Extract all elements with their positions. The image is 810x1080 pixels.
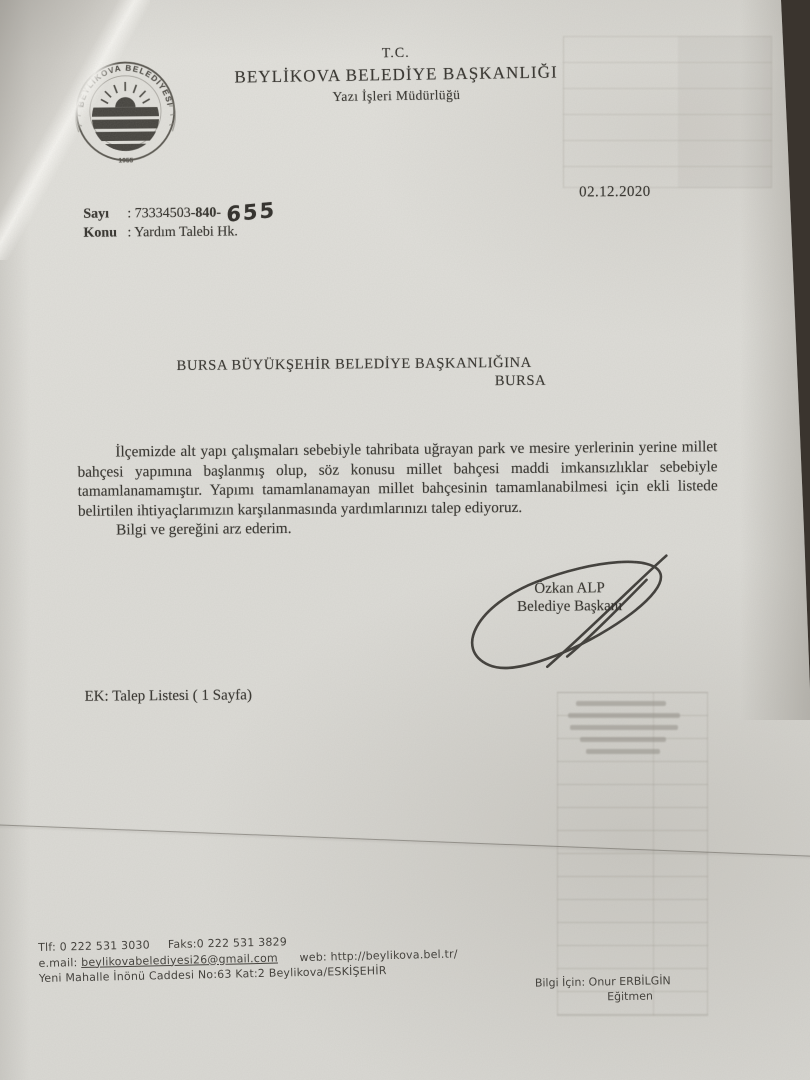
letterhead-tc: T.C. [201, 43, 591, 65]
sayi-number: : 73334503- [127, 206, 195, 222]
seal-sun-disc [115, 97, 135, 107]
letter-body: İlçemizde alt yapı çalışmaları sebebiyle… [77, 437, 718, 540]
letterhead: T.C. BEYLİKOVA BELEDİYE BAŞKANLIĞI Yazı … [201, 43, 592, 107]
konu-line: Konu: Yardım Talebi Hk. [83, 222, 276, 243]
seal-stripes [89, 107, 163, 153]
sayi-line: Sayı: 73334503-840-655 [83, 203, 276, 224]
sayi-number-code: 840- [195, 206, 221, 221]
recipient-block: BURSA BÜYÜKŞEHİR BELEDİYE BAŞKANLIĞINA B… [177, 354, 597, 393]
footer-web-label: web: [299, 950, 327, 964]
seal-year: 1955 [118, 157, 133, 164]
handwritten-signature [448, 549, 689, 681]
scanned-letter-page: BEYLİKOVA BELEDİYESİ [0, 0, 810, 1080]
info-contact-title: Eğitmen [535, 987, 715, 1005]
document-meta: Sayı: 73334503-840-655 Konu: Yardım Tale… [83, 203, 276, 243]
body-paragraph: İlçemizde alt yapı çalışmaları sebebiyle… [77, 437, 718, 521]
sayi-handwritten-number: 655 [226, 201, 276, 225]
konu-value: : Yardım Talebi Hk. [127, 224, 238, 240]
footer-phone: Tlf: 0 222 531 3030 [38, 938, 150, 954]
letter-content: BEYLİKOVA BELEDİYESİ [0, 0, 810, 1080]
info-contact-name: Onur ERBİLGİN [588, 974, 670, 988]
footer-email-label: e.mail: [38, 956, 77, 970]
letterhead-department: Yazı İşleri Müdürlüğü [201, 85, 591, 107]
municipality-seal-logo: BEYLİKOVA BELEDİYESİ [64, 50, 187, 173]
info-contact-label: Bilgi İçin: [535, 976, 585, 990]
konu-label: Konu [83, 223, 127, 242]
signature-block: Özkan ALP Belediye Başkanı [448, 549, 689, 681]
footer-web: http://beylikova.bel.tr/ [330, 947, 457, 963]
letterhead-organization: BEYLİKOVA BELEDİYE BAŞKANLIĞI [201, 62, 591, 88]
attachment-line: EK: Talep Listesi ( 1 Sayfa) [84, 687, 252, 705]
footer-contact-block: Tlf: 0 222 531 3030Faks:0 222 531 3829 e… [38, 930, 469, 986]
sayi-label: Sayı [83, 204, 127, 223]
body-closing: Bilgi ve gereğini arz ederim. [78, 515, 718, 540]
footer-fax: Faks:0 222 531 3829 [168, 935, 287, 951]
recipient-line2: BURSA [177, 372, 597, 393]
document-date: 02.12.2020 [579, 184, 651, 202]
info-contact-block: Bilgi İçin: Onur ERBİLGİN Eğitmen [535, 972, 715, 1005]
